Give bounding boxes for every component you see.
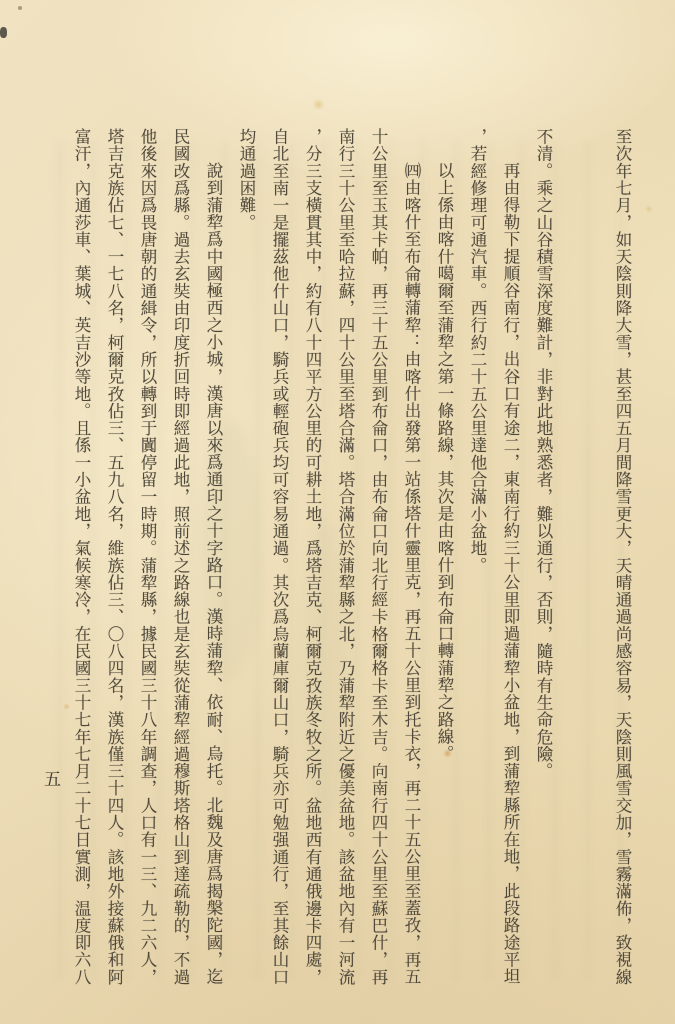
text-column: 均通過困難。 bbox=[230, 128, 263, 990]
text-column: ，若經修理可通汽車。西行約二十五公里達他合滿小盆地。 bbox=[461, 128, 494, 990]
text-column: 以上係由喀什噶爾至蒲犂之第一條路線，其次是由喀什到布侖口轉蒲犂之路線。 bbox=[428, 128, 461, 990]
text-column: 不清。乘之山谷積雪深度難計，非對此地熟悉者，難以通行，否則，隨時有生命危險。 bbox=[527, 128, 560, 990]
text-column: 自北至南一是擺茲他什山口，騎兵或輕砲兵均可容易通過。其次爲烏蘭庫爾山口，騎兵亦可… bbox=[263, 128, 296, 990]
foxing-spot bbox=[312, 99, 325, 110]
text-column: 至次年七月，如天陰則降大雪，甚至四五月間降雪更大，天晴通過尚感容易，天陰則風雪交… bbox=[606, 128, 639, 990]
text-column: ㈣由喀什至布侖轉蒲犂：由喀什出發第一站係塔什靈里克，再五十公里到托卡衣，再二十五… bbox=[395, 128, 428, 990]
text-column: ，分三支橫貫其中，約有八十四平方公里的可耕土地，爲塔吉克、柯爾克孜族冬牧之所。盆… bbox=[296, 128, 329, 990]
text-column: 說到蒲犂爲中國極西之小城，漢唐以來爲通印之十字路口。漢時蒲犂、依耐、烏托。北魏及… bbox=[197, 128, 230, 990]
edge-speck bbox=[18, 6, 22, 10]
vertical-text-block: 至次年七月，如天陰則降大雪，甚至四五月間降雪更大，天晴通過尚感容易，天陰則風雪交… bbox=[65, 128, 639, 990]
text-column: 民國改爲縣。過去玄奘由印度折回時即經過此地，照前述之路線也是玄奘從蒲犂經過穆斯塔… bbox=[164, 128, 197, 990]
edge-speck bbox=[0, 27, 7, 38]
text-column: 十公里至玉其卡帕，再三十五公里到布侖口，由布侖口向北行經卡格爾格卡至木吉。向南行… bbox=[362, 128, 395, 990]
page-number: 五 bbox=[38, 770, 63, 787]
foxing-spot bbox=[645, 205, 653, 213]
scanned-page: 至次年七月，如天陰則降大雪，甚至四五月間降雪更大，天晴通過尚感容易，天陰則風雪交… bbox=[0, 0, 675, 1024]
text-column: 南行三十公里至哈拉蘇，四十公里至塔合滿。塔合滿位於蒲犂縣之北，乃蒲犂附近之優美盆… bbox=[329, 128, 362, 990]
text-column: 富汗，內通莎車、葉城、英吉沙等地。且係一小盆地，氣候寒冷，在民國三十七年七月二十… bbox=[65, 128, 98, 990]
text-column: 再由得勒下提順谷南行，出谷口有途二，東南行約三十公里即過蒲犂小盆地，到蒲犂縣所在… bbox=[494, 128, 527, 990]
text-column: 塔吉克族佔七、一七八名，柯爾克孜佔三、五九八名，維族佔三、〇八四名，漢族僅三十四… bbox=[98, 128, 131, 990]
text-column: 他後來因爲畏唐朝的通緝令，所以轉到于闐停留一時期。蒲犂縣，據民國三十八年調查，人… bbox=[131, 128, 164, 990]
